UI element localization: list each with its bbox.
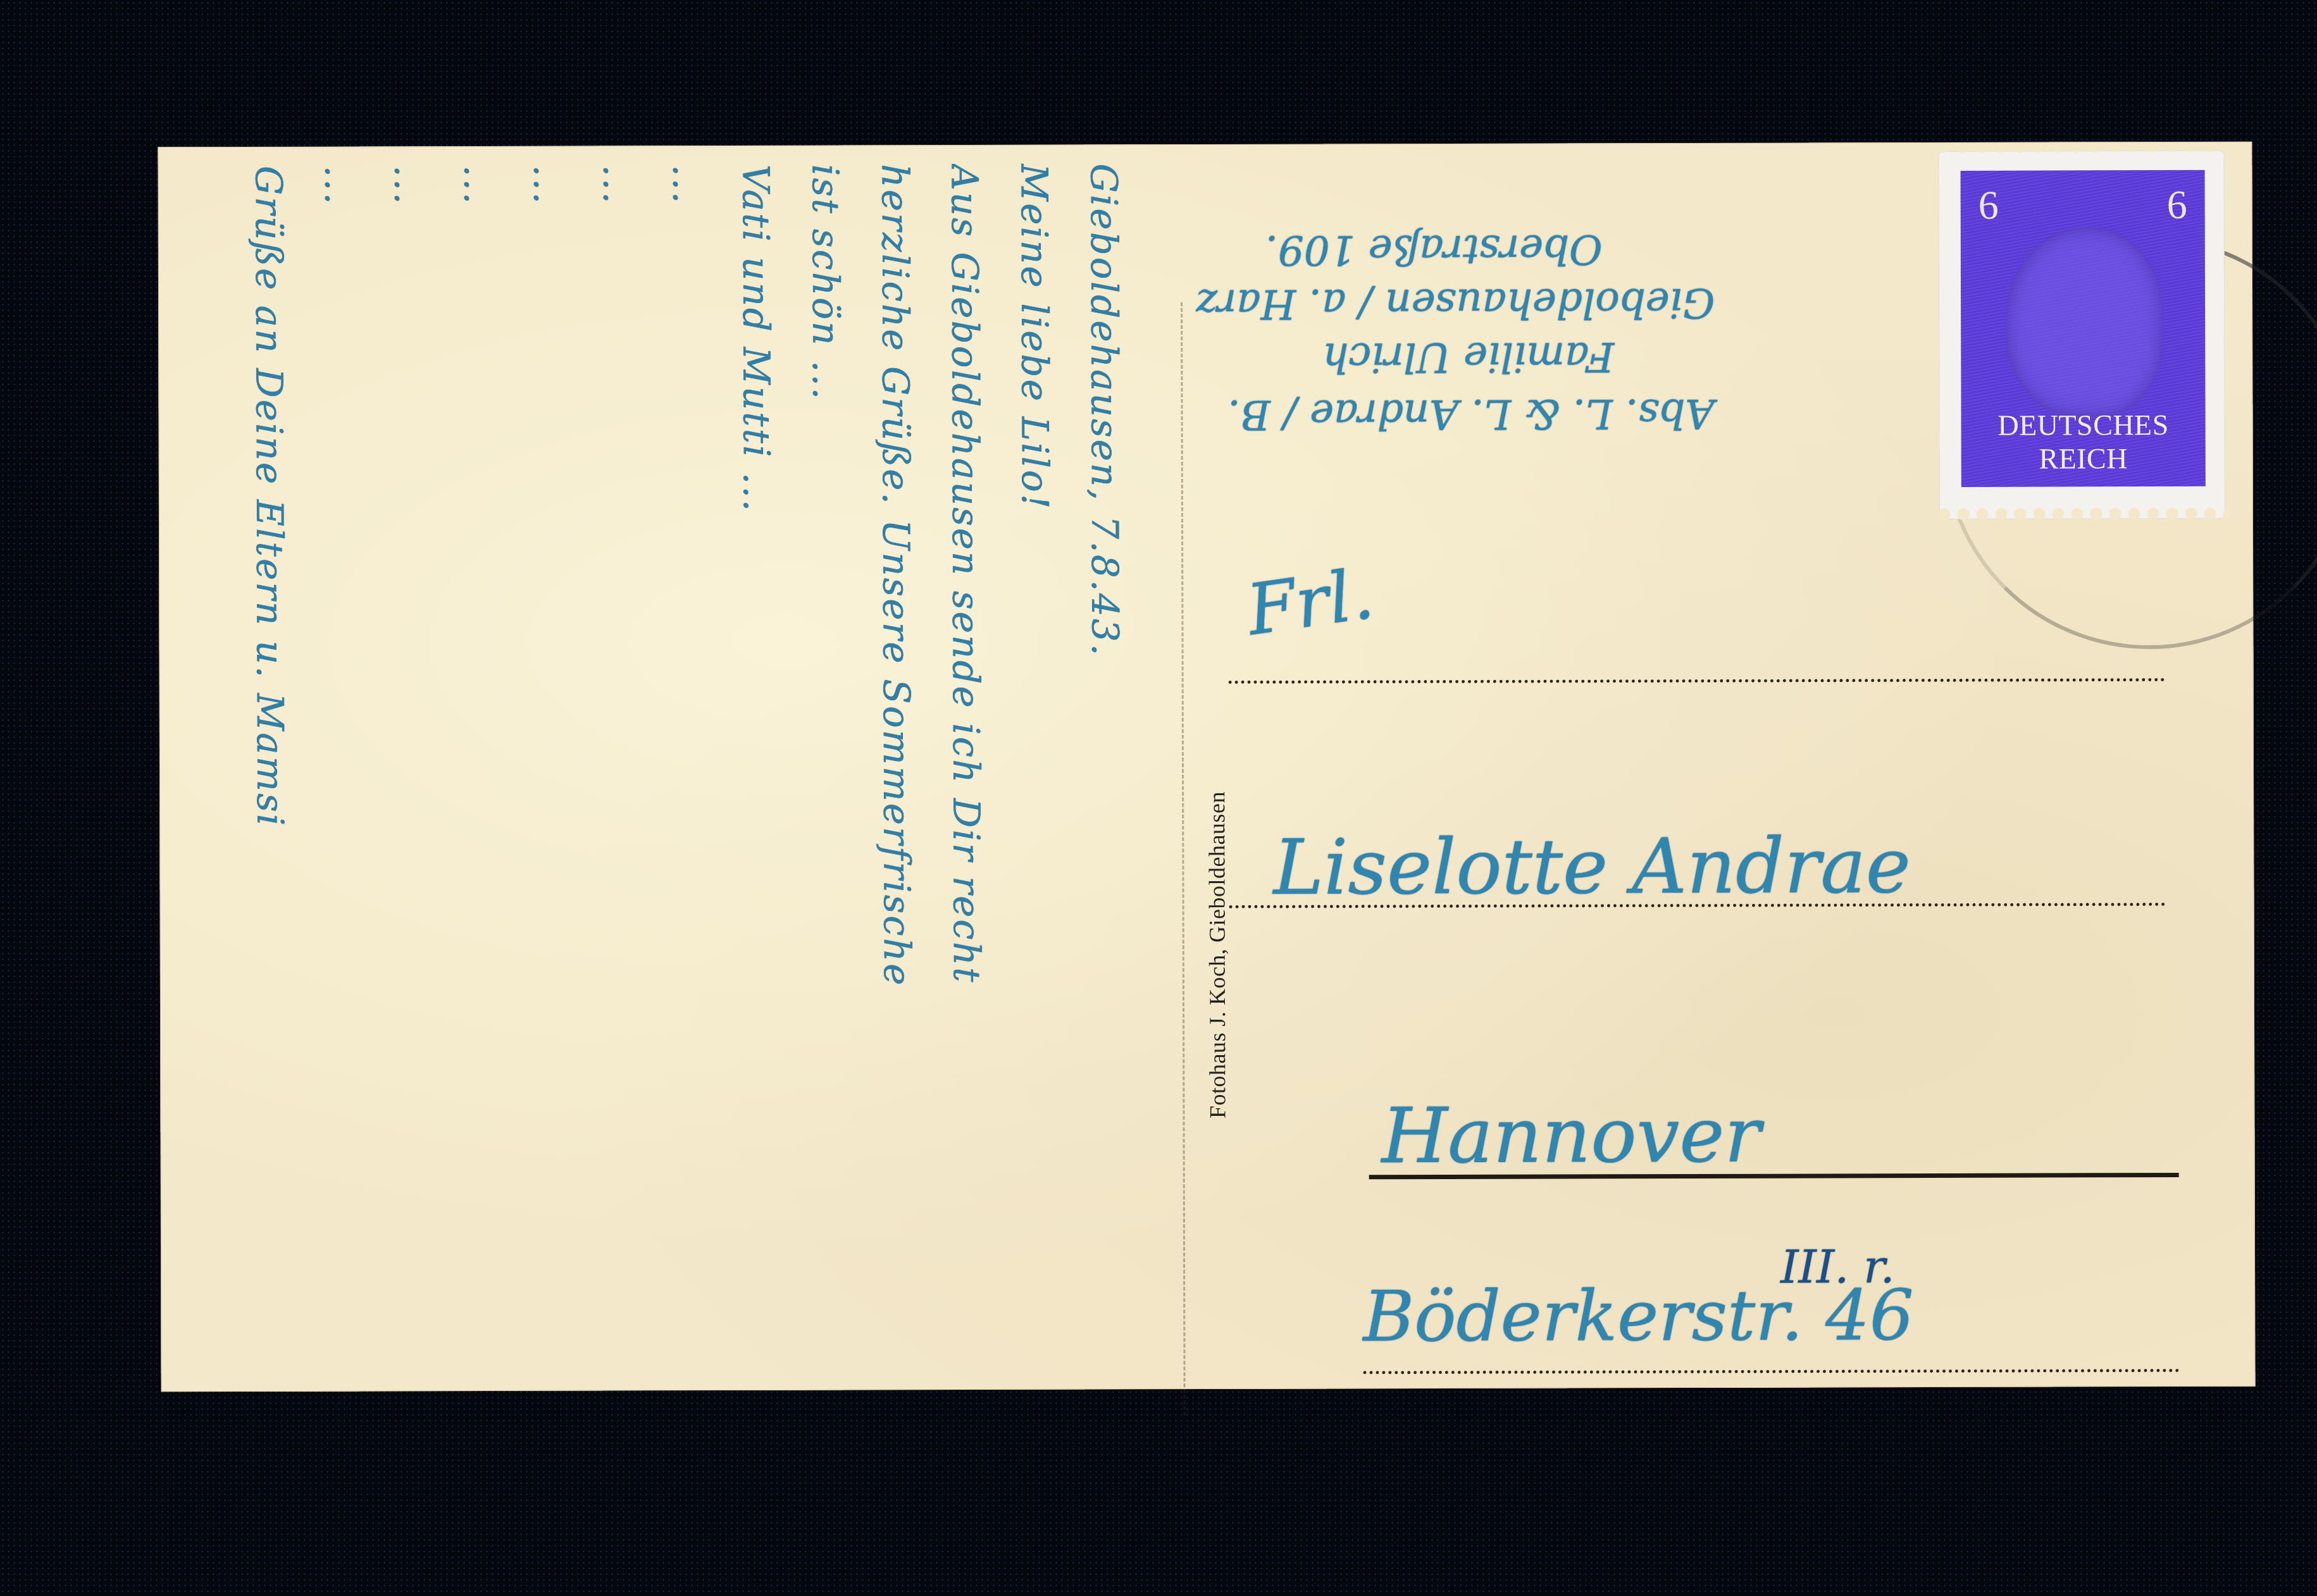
address-city: Hannover bbox=[1381, 1092, 1761, 1181]
divider-rule bbox=[1181, 302, 1186, 1416]
message-line: Meine liebe Lilo! bbox=[1006, 164, 1066, 1366]
postcard: Gieboldehausen, 7.8.43. Meine liebe Lilo… bbox=[158, 142, 2255, 1392]
address-name: Liselotte Andrae bbox=[1273, 822, 1911, 912]
message-line: herzliche Grüße. Unsere Sommerfrische bbox=[867, 164, 927, 1366]
message-line: ... bbox=[588, 164, 649, 1366]
message-line: Aus Gieboldehausen sende ich Dir recht bbox=[936, 164, 997, 1366]
sender-line: Gieboldehausen / a. Harz bbox=[1196, 279, 1715, 327]
address-floor-note: III. r. bbox=[1780, 1240, 1895, 1293]
message-line: ... bbox=[658, 164, 718, 1366]
sender-line: Abs. L. & L. Andrae / B. bbox=[1227, 390, 1714, 438]
stamp-value: 6 bbox=[2167, 182, 2187, 228]
message-line: ... bbox=[310, 165, 370, 1367]
address-salutation: Frl. bbox=[1242, 553, 1378, 651]
message-line: ... bbox=[449, 165, 509, 1367]
stamp-face: 6 6 DEUTSCHES REICH bbox=[1961, 170, 2206, 487]
stamp-country: DEUTSCHES REICH bbox=[1961, 408, 2206, 476]
message-line: Grüße an Deine Eltern u. Mamsi bbox=[240, 166, 301, 1368]
address-line-4 bbox=[1363, 1369, 2180, 1374]
message-line: Gieboldehausen, 7.8.43. bbox=[1076, 163, 1136, 1365]
stamp-value: 6 bbox=[1978, 182, 1999, 229]
printer-credit: Fotohaus J. Koch, Gieboldehausen bbox=[1203, 473, 1243, 1118]
address-line-1 bbox=[1229, 678, 2165, 684]
sender-line: Oberstraße 109. bbox=[1265, 225, 1603, 273]
message-line: ... bbox=[519, 165, 579, 1367]
message-line: ... bbox=[380, 165, 440, 1367]
message-line: ist schön ... bbox=[797, 164, 857, 1366]
handwritten-message: Gieboldehausen, 7.8.43. Meine liebe Lilo… bbox=[158, 144, 1167, 1392]
sender-line: Familie Ulrich bbox=[1322, 333, 1614, 380]
postage-stamp: 6 6 DEUTSCHES REICH bbox=[1939, 151, 2225, 519]
stamp-engraving bbox=[2005, 227, 2164, 418]
message-line: Vati und Mutti ... bbox=[728, 164, 788, 1366]
